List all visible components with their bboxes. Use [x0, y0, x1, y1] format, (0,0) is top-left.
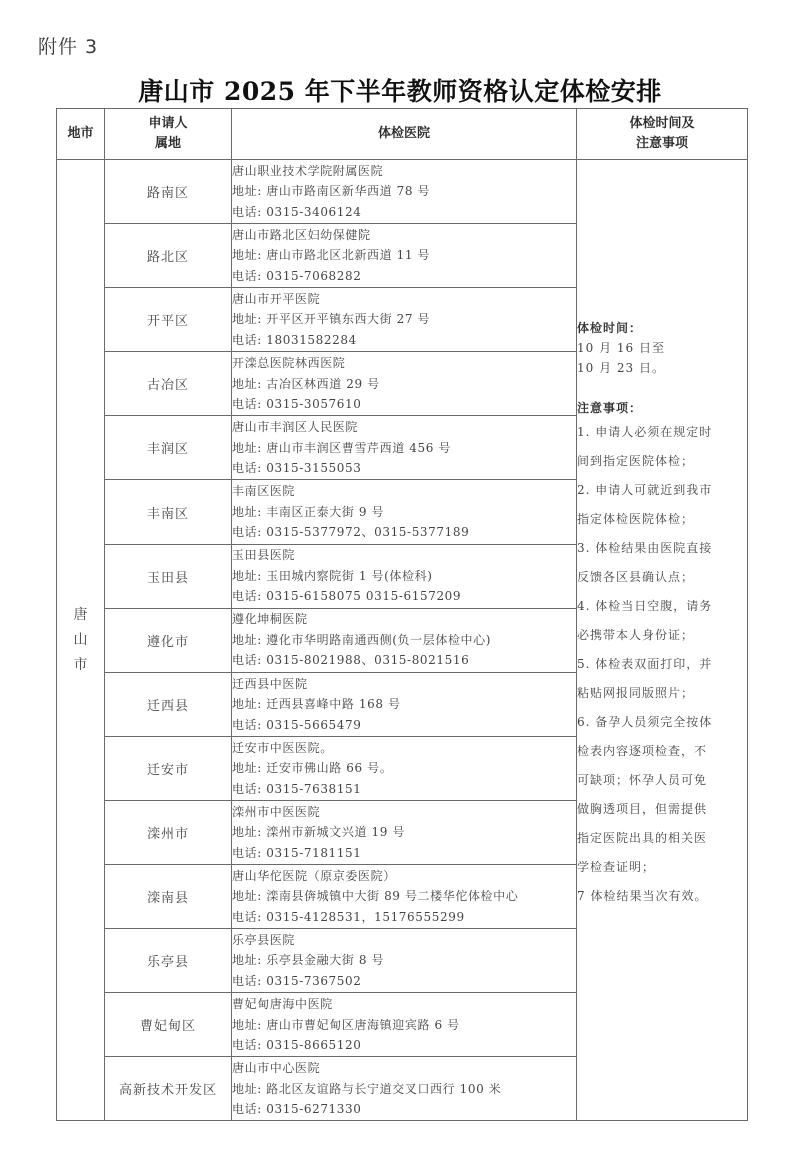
notes-item: 指定医院出具的相关医 [577, 824, 747, 853]
table-row: 唐山市 路南区 唐山职业技术学院附属医院 地址: 唐山市路南区新华西道 78 号… [57, 160, 748, 224]
hospital-name: 丰南区医院 [232, 481, 576, 502]
hospital-cell: 唐山市丰润区人民医院 地址: 唐山市丰润区曹雪芹西道 456 号 电话: 031… [232, 416, 577, 480]
hospital-name: 迁安市中医医院。 [232, 738, 576, 759]
hospital-name: 玉田县医院 [232, 545, 576, 566]
district-cell: 玉田县 [105, 544, 232, 608]
hospital-address: 地址: 唐山市丰润区曹雪芹西道 456 号 [232, 438, 576, 459]
notes-item: 指定体检医院体检； [577, 505, 747, 534]
hospital-cell: 遵化坤桐医院 地址: 遵化市华明路南通西侧(负一层体检中心) 电话: 0315-… [232, 608, 577, 672]
notes-item: 1. 申请人必须在规定时 [577, 418, 747, 447]
hospital-address: 地址: 开平区开平镇东西大街 27 号 [232, 309, 576, 330]
hospital-cell: 开滦总医院林西医院 地址: 古冶区林西道 29 号 电话: 0315-30576… [232, 352, 577, 416]
hospital-address: 地址: 乐亭县金融大街 8 号 [232, 950, 576, 971]
table-header-row: 地市 申请人 属地 体检医院 体检时间及 注意事项 [57, 109, 748, 160]
notes-item: 反馈各区县确认点； [577, 563, 747, 592]
header-notes: 体检时间及 注意事项 [577, 109, 748, 160]
hospital-name: 滦州市中医医院 [232, 802, 576, 823]
hospital-cell: 唐山市开平医院 地址: 开平区开平镇东西大街 27 号 电话: 18031582… [232, 288, 577, 352]
header-district: 申请人 属地 [105, 109, 232, 160]
hospital-phone: 电话: 0315-7367502 [232, 971, 576, 992]
hospital-cell: 玉田县医院 地址: 玉田城内察院街 1 号(体检科) 电话: 0315-6158… [232, 544, 577, 608]
hospital-name: 开滦总医院林西医院 [232, 353, 576, 374]
medical-exam-schedule-table: 地市 申请人 属地 体检医院 体检时间及 注意事项 唐山市 路南区 唐山职业技术… [56, 108, 748, 1121]
district-cell: 遵化市 [105, 608, 232, 672]
notes-spacer [577, 378, 747, 398]
exam-time-end: 10 月 23 日。 [577, 358, 747, 378]
hospital-phone: 电话: 0315-8021988、0315-8021516 [232, 650, 576, 671]
notes-item: 4. 体检当日空腹，请务 [577, 592, 747, 621]
notes-cell: 体检时间：10 月 16 日至10 月 23 日。注意事项：1. 申请人必须在规… [577, 160, 748, 1121]
hospital-cell: 迁西县中医院 地址: 迁西县喜峰中路 168 号 电话: 0315-566547… [232, 672, 577, 736]
hospital-address: 地址: 滦南县倴城镇中大街 89 号二楼华佗体检中心 [232, 886, 576, 907]
city-char: 山 [57, 628, 104, 653]
hospital-name: 唐山市中心医院 [232, 1058, 576, 1079]
hospital-address: 地址: 迁安市佛山路 66 号。 [232, 758, 576, 779]
hospital-cell: 唐山市路北区妇幼保健院 地址: 唐山市路北区北新西道 11 号 电话: 0315… [232, 224, 577, 288]
notes-item: 3. 体检结果由医院直接 [577, 534, 747, 563]
notes-item: 检表内容逐项检查，不 [577, 737, 747, 766]
hospital-address: 地址: 路北区友谊路与长宁道交叉口西行 100 米 [232, 1079, 576, 1100]
hospital-phone: 电话: 0315-3057610 [232, 394, 576, 415]
hospital-name: 乐亭县医院 [232, 930, 576, 951]
hospital-cell: 曹妃甸唐海中医院 地址: 唐山市曹妃甸区唐海镇迎宾路 6 号 电话: 0315-… [232, 993, 577, 1057]
hospital-phone: 电话: 0315-8665120 [232, 1035, 576, 1056]
notes-item: 2. 申请人可就近到我市 [577, 476, 747, 505]
notes-item: 6. 备孕人员须完全按体 [577, 708, 747, 737]
hospital-cell: 丰南区医院 地址: 丰南区正泰大街 9 号 电话: 0315-5377972、0… [232, 480, 577, 544]
district-cell: 路北区 [105, 224, 232, 288]
city-char: 市 [57, 653, 104, 678]
notes-item: 学检查证明； [577, 853, 747, 882]
notes-item: 必携带本人身份证； [577, 621, 747, 650]
notes-item: 7 体检结果当次有效。 [577, 882, 747, 911]
hospital-address: 地址: 丰南区正泰大街 9 号 [232, 502, 576, 523]
header-hospital-label: 体检医院 [378, 126, 430, 141]
district-cell: 曹妃甸区 [105, 993, 232, 1057]
district-cell: 丰润区 [105, 416, 232, 480]
hospital-cell: 迁安市中医医院。 地址: 迁安市佛山路 66 号。 电话: 0315-76381… [232, 736, 577, 800]
hospital-phone: 电话: 0315-4128531，15176555299 [232, 907, 576, 928]
hospital-address: 地址: 唐山市路南区新华西道 78 号 [232, 181, 576, 202]
district-cell: 高新技术开发区 [105, 1057, 232, 1121]
notes-item: 5. 体检表双面打印，并 [577, 650, 747, 679]
notes-label: 注意事项： [577, 398, 747, 418]
attachment-label: 附件 3 [38, 32, 98, 59]
hospital-address: 地址: 迁西县喜峰中路 168 号 [232, 694, 576, 715]
header-hospital: 体检医院 [232, 109, 577, 160]
hospital-phone: 电话: 0315-3406124 [232, 202, 576, 223]
header-city-label: 地市 [67, 126, 93, 141]
exam-time-start: 10 月 16 日至 [577, 338, 747, 358]
header-district-line2: 属地 [105, 134, 231, 154]
hospital-phone: 电话: 0315-6271330 [232, 1099, 576, 1120]
hospital-phone: 电话: 0315-7068282 [232, 266, 576, 287]
hospital-name: 遵化坤桐医院 [232, 609, 576, 630]
district-cell: 迁安市 [105, 736, 232, 800]
hospital-name: 唐山职业技术学院附属医院 [232, 161, 576, 182]
notes-content: 体检时间：10 月 16 日至10 月 23 日。注意事项：1. 申请人必须在规… [577, 318, 747, 911]
hospital-name: 唐山华佗医院（原京委医院） [232, 866, 576, 887]
hospital-name: 唐山市丰润区人民医院 [232, 417, 576, 438]
header-city: 地市 [57, 109, 105, 160]
hospital-address: 地址: 古冶区林西道 29 号 [232, 374, 576, 395]
exam-time-label: 体检时间： [577, 318, 747, 338]
header-district-line1: 申请人 [105, 114, 231, 134]
hospital-phone: 电话: 0315-3155053 [232, 458, 576, 479]
city-cell: 唐山市 [57, 160, 105, 1121]
header-notes-line1: 体检时间及 [577, 114, 747, 134]
district-cell: 滦州市 [105, 800, 232, 864]
document-title: 唐山市 2025 年下半年教师资格认定体检安排 [0, 72, 800, 108]
header-notes-line2: 注意事项 [577, 134, 747, 154]
hospital-cell: 唐山市中心医院 地址: 路北区友谊路与长宁道交叉口西行 100 米 电话: 03… [232, 1057, 577, 1121]
hospital-cell: 唐山职业技术学院附属医院 地址: 唐山市路南区新华西道 78 号 电话: 031… [232, 160, 577, 224]
district-cell: 丰南区 [105, 480, 232, 544]
hospital-phone: 电话: 0315-5377972、0315-5377189 [232, 522, 576, 543]
hospital-name: 曹妃甸唐海中医院 [232, 994, 576, 1015]
district-cell: 迁西县 [105, 672, 232, 736]
district-cell: 滦南县 [105, 865, 232, 929]
hospital-address: 地址: 滦州市新城文兴道 19 号 [232, 822, 576, 843]
hospital-cell: 滦州市中医医院 地址: 滦州市新城文兴道 19 号 电话: 0315-71811… [232, 800, 577, 864]
hospital-cell: 唐山华佗医院（原京委医院） 地址: 滦南县倴城镇中大街 89 号二楼华佗体检中心… [232, 865, 577, 929]
district-cell: 乐亭县 [105, 929, 232, 993]
hospital-phone: 电话: 0315-5665479 [232, 715, 576, 736]
hospital-address: 地址: 唐山市曹妃甸区唐海镇迎宾路 6 号 [232, 1015, 576, 1036]
notes-item: 粘贴网报同版照片； [577, 679, 747, 708]
city-char: 唐 [57, 603, 104, 628]
hospital-name: 唐山市路北区妇幼保健院 [232, 225, 576, 246]
hospital-phone: 电话: 0315-6158075 0315-6157209 [232, 586, 576, 607]
district-cell: 古冶区 [105, 352, 232, 416]
hospital-address: 地址: 唐山市路北区北新西道 11 号 [232, 245, 576, 266]
hospital-phone: 电话: 18031582284 [232, 330, 576, 351]
hospital-phone: 电话: 0315-7638151 [232, 779, 576, 800]
notes-item: 做胸透项目，但需提供 [577, 795, 747, 824]
hospital-name: 迁西县中医院 [232, 674, 576, 695]
district-cell: 开平区 [105, 288, 232, 352]
district-cell: 路南区 [105, 160, 232, 224]
notes-item: 可缺项；怀孕人员可免 [577, 766, 747, 795]
hospital-phone: 电话: 0315-7181151 [232, 843, 576, 864]
hospital-name: 唐山市开平医院 [232, 289, 576, 310]
hospital-address: 地址: 遵化市华明路南通西侧(负一层体检中心) [232, 630, 576, 651]
hospital-address: 地址: 玉田城内察院街 1 号(体检科) [232, 566, 576, 587]
notes-item: 间到指定医院体检； [577, 447, 747, 476]
hospital-cell: 乐亭县医院 地址: 乐亭县金融大街 8 号 电话: 0315-7367502 [232, 929, 577, 993]
